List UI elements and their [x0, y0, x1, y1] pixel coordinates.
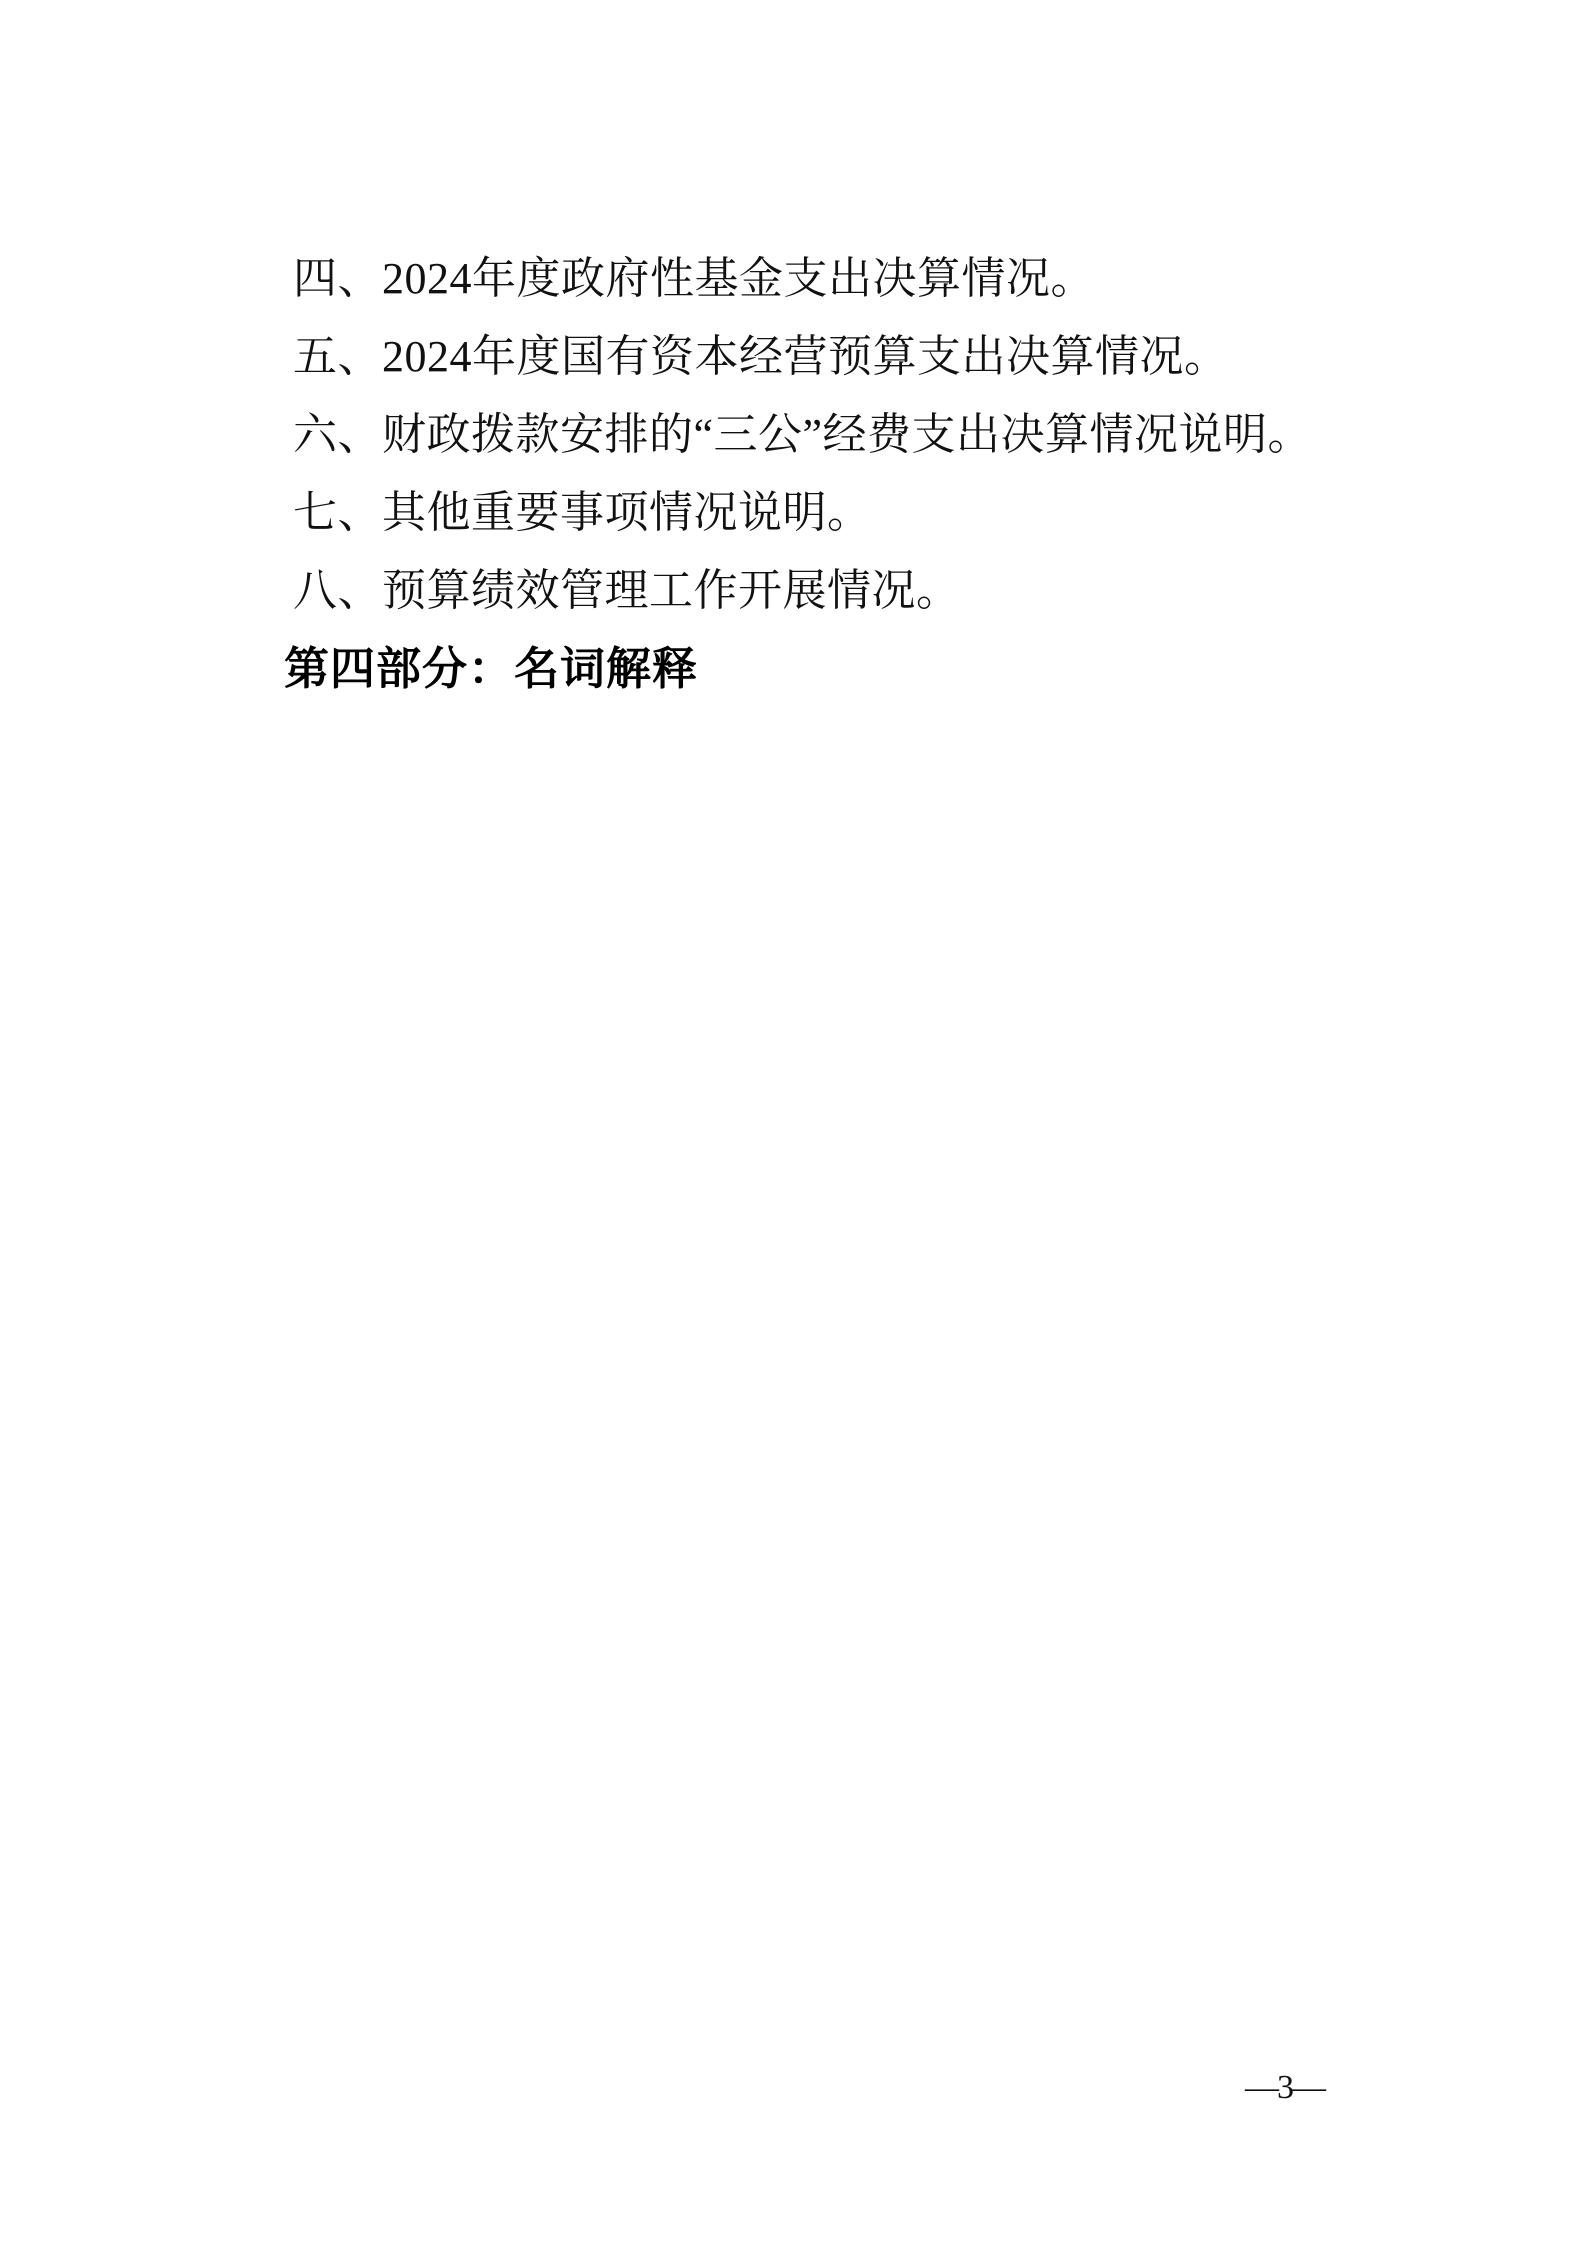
- section-heading-part-4: 第四部分：名词解释: [0, 630, 1587, 708]
- document-page: 四、2024年度政府性基金支出决算情况。 五、2024年度国有资本经营预算支出决…: [0, 0, 1587, 2245]
- page-number: —3—: [1245, 2068, 1465, 2108]
- toc-item-8: 八、预算绩效管理工作开展情况。: [0, 552, 1587, 630]
- toc-item-7: 七、其他重要事项情况说明。: [0, 474, 1587, 552]
- toc-content-block: 四、2024年度政府性基金支出决算情况。 五、2024年度国有资本经营预算支出决…: [0, 240, 1587, 708]
- toc-item-4: 四、2024年度政府性基金支出决算情况。: [0, 240, 1587, 318]
- toc-item-5: 五、2024年度国有资本经营预算支出决算情况。: [0, 318, 1587, 396]
- toc-item-6: 六、财政拨款安排的“三公”经费支出决算情况说明。: [0, 396, 1587, 474]
